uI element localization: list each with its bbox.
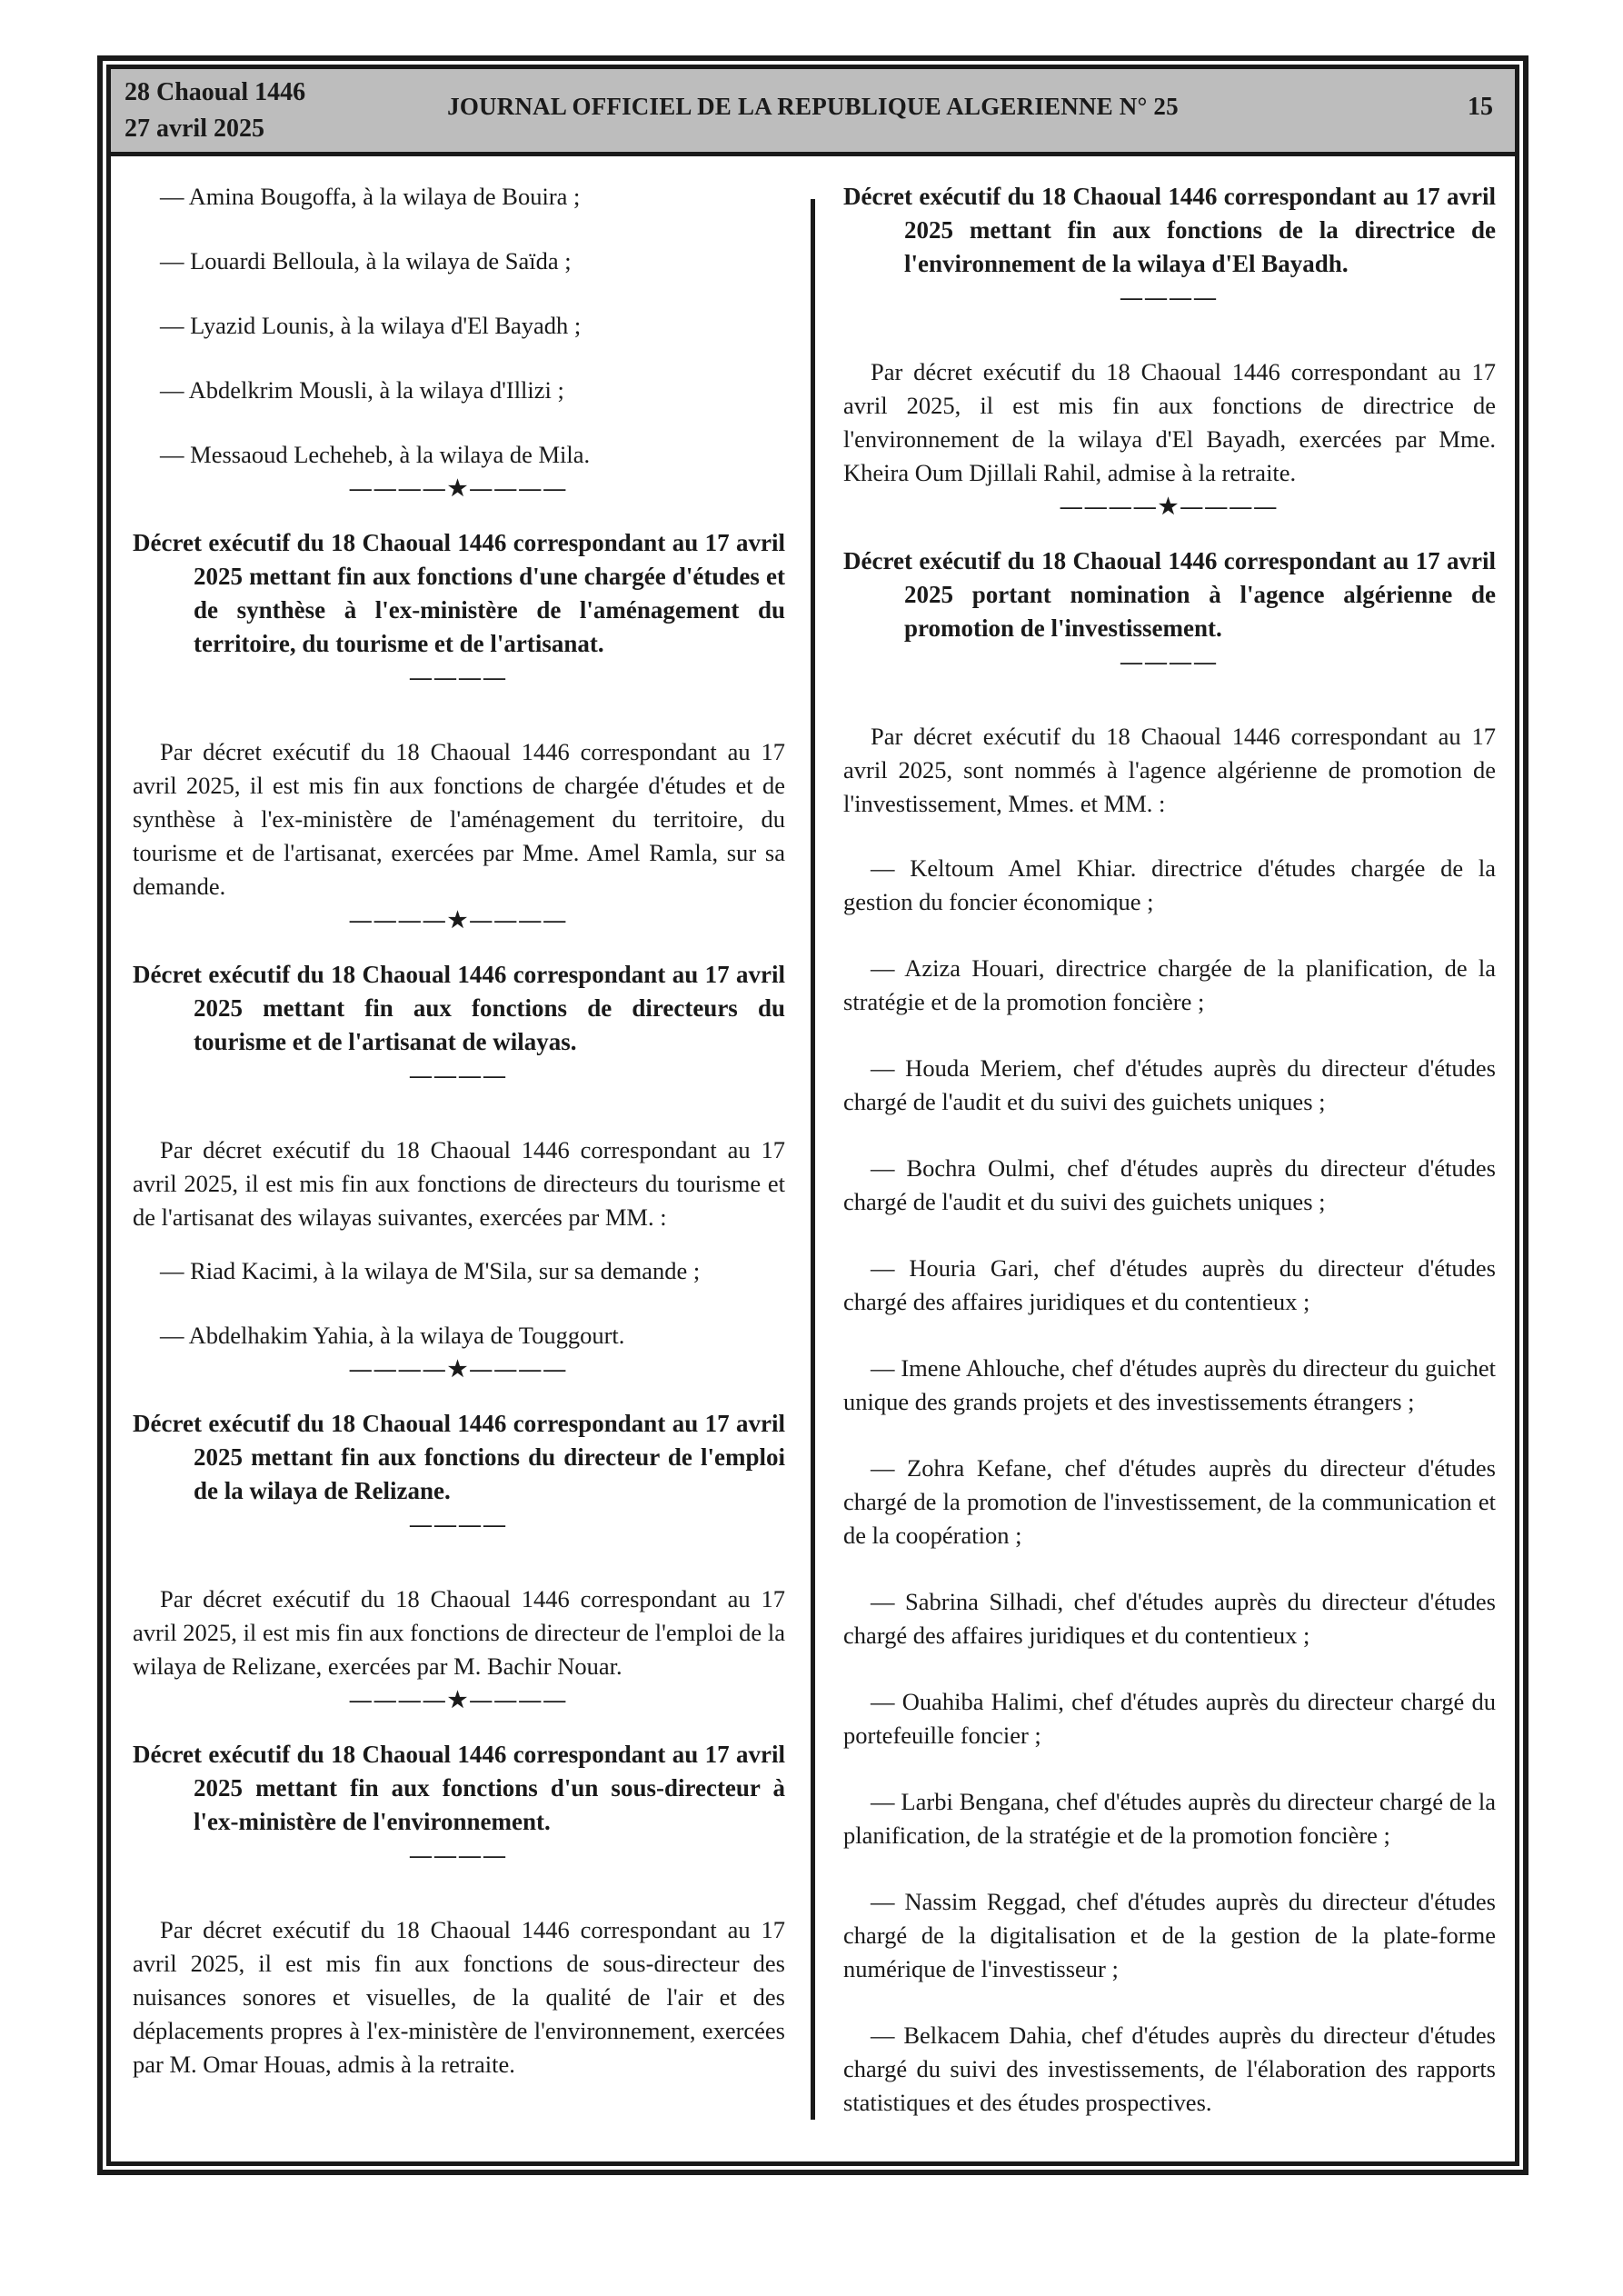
list-item: — Messaoud Lecheheb, à la wilaya de Mila… [133, 438, 785, 472]
list-item: — Nassim Reggad, chef d'études auprès du… [843, 1885, 1496, 1986]
page-inner-frame: 28 Chaoual 1446 27 avril 2025 JOURNAL OF… [106, 65, 1519, 2166]
decree-body: Par décret exécutif du 18 Chaoual 1446 c… [133, 735, 785, 903]
page-header: 28 Chaoual 1446 27 avril 2025 JOURNAL OF… [111, 69, 1515, 156]
list-item: — Belkacem Dahia, chef d'études auprès d… [843, 2019, 1496, 2120]
decree-body: Par décret exécutif du 18 Chaoual 1446 c… [843, 720, 1496, 821]
star-separator: ————★———— [133, 1356, 785, 1383]
decree-title: Décret exécutif du 18 Chaoual 1446 corre… [133, 958, 785, 1059]
decree-title: Décret exécutif du 18 Chaoual 1446 corre… [133, 526, 785, 661]
list-item: — Larbi Bengana, chef d'études auprès du… [843, 1785, 1496, 1852]
list-item: — Aziza Houari, directrice chargée de la… [843, 952, 1496, 1019]
left-column: — Amina Bougoffa, à la wilaya de Bouira … [133, 180, 785, 2081]
list-item: — Abdelkrim Mousli, à la wilaya d'Illizi… [133, 374, 785, 407]
short-separator: ———— [133, 1512, 785, 1539]
short-separator: ———— [133, 1842, 785, 1870]
page-number: 15 [1468, 93, 1493, 122]
star-separator: ————★———— [133, 907, 785, 934]
decree-body: Par décret exécutif du 18 Chaoual 1446 c… [133, 1582, 785, 1683]
list-item: — Imene Ahlouche, chef d'études auprès d… [843, 1352, 1496, 1419]
list-item: — Keltoum Amel Khiar. directrice d'étude… [843, 852, 1496, 919]
short-separator: ———— [133, 1063, 785, 1090]
list-item: — Sabrina Silhadi, chef d'études auprès … [843, 1585, 1496, 1652]
list-item: — Riad Kacimi, à la wilaya de M'Sila, su… [133, 1254, 785, 1288]
list-item: — Zohra Kefane, chef d'études auprès du … [843, 1452, 1496, 1552]
list-item: — Houria Gari, chef d'études auprès du d… [843, 1252, 1496, 1319]
decree-body: Par décret exécutif du 18 Chaoual 1446 c… [843, 355, 1496, 490]
star-separator: ————★———— [133, 1687, 785, 1714]
short-separator: ———— [843, 649, 1496, 676]
decree-body: Par décret exécutif du 18 Chaoual 1446 c… [133, 1133, 785, 1234]
right-column: Décret exécutif du 18 Chaoual 1446 corre… [843, 180, 1496, 2120]
decree-title: Décret exécutif du 18 Chaoual 1446 corre… [133, 1738, 785, 1839]
star-separator: ————★———— [133, 475, 785, 503]
decree-title: Décret exécutif du 18 Chaoual 1446 corre… [133, 1407, 785, 1508]
star-separator: ————★———— [843, 494, 1496, 521]
list-item: — Abdelhakim Yahia, à la wilaya de Tougg… [133, 1319, 785, 1353]
list-item: — Lyazid Lounis, à la wilaya d'El Bayadh… [133, 309, 785, 343]
list-item: — Houda Meriem, chef d'études auprès du … [843, 1052, 1496, 1119]
list-item: — Amina Bougoffa, à la wilaya de Bouira … [133, 180, 785, 214]
list-item: — Louardi Belloula, à la wilaya de Saïda… [133, 245, 785, 278]
journal-title: JOURNAL OFFICIEL DE LA REPUBLIQUE ALGERI… [111, 93, 1515, 121]
decree-title: Décret exécutif du 18 Chaoual 1446 corre… [843, 544, 1496, 645]
page-frame: 28 Chaoual 1446 27 avril 2025 JOURNAL OF… [97, 55, 1528, 2175]
column-divider [811, 199, 815, 2120]
short-separator: ———— [843, 285, 1496, 312]
short-separator: ———— [133, 664, 785, 692]
decree-body: Par décret exécutif du 18 Chaoual 1446 c… [133, 1913, 785, 2081]
list-item: — Bochra Oulmi, chef d'études auprès du … [843, 1152, 1496, 1219]
decree-title: Décret exécutif du 18 Chaoual 1446 corre… [843, 180, 1496, 281]
list-item: — Ouahiba Halimi, chef d'études auprès d… [843, 1685, 1496, 1752]
